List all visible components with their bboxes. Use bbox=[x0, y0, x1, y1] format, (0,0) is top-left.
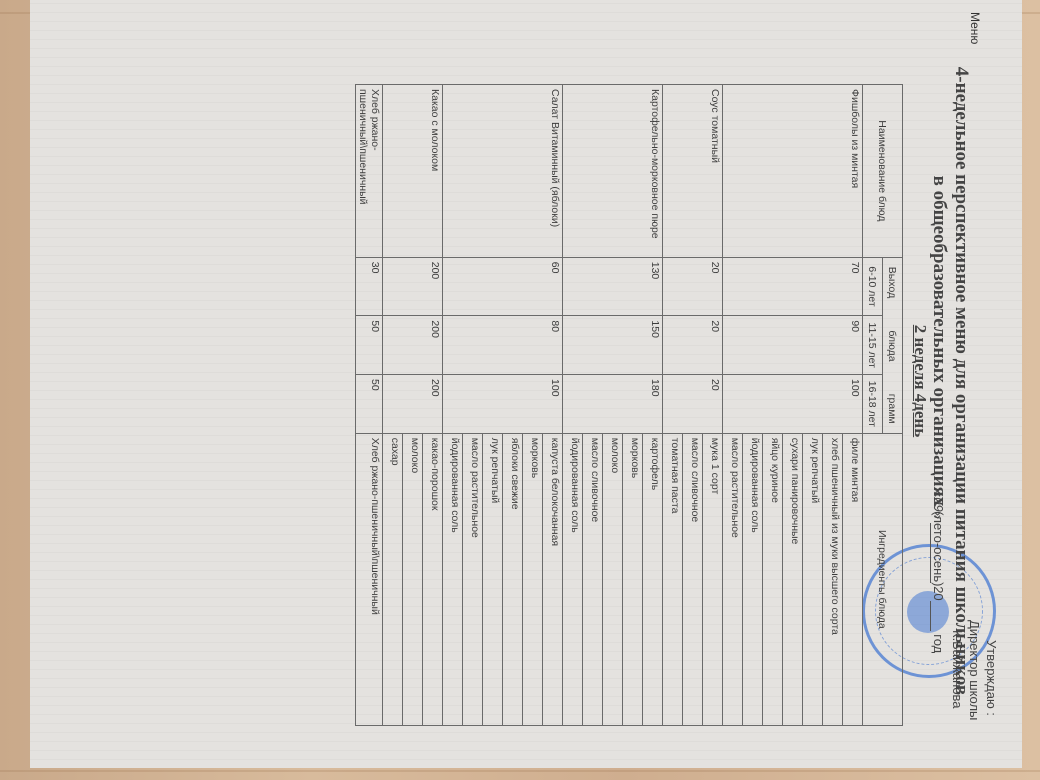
ingredient: масло растительное bbox=[723, 433, 743, 725]
ingredient: яйцо куриное bbox=[763, 433, 783, 725]
ingredient: морковь bbox=[523, 433, 543, 725]
dish-name: Соус томатный bbox=[663, 85, 723, 258]
menu-table: Наименование блюд Выход блюда грамм Ингр… bbox=[355, 84, 903, 726]
output-6-10: 60 bbox=[443, 257, 563, 316]
table-row: Фишболы из минтая7090100филе минтая bbox=[843, 85, 863, 726]
output-11-15: 20 bbox=[663, 316, 723, 375]
ingredient: филе минтая bbox=[843, 433, 863, 725]
ingredient: хлеб пшеничный из муки высшего сорта bbox=[823, 433, 843, 725]
ingredient: масло сливочное bbox=[583, 433, 603, 725]
ingredient: мука 1 сорт bbox=[703, 433, 723, 725]
output-6-10: 200 bbox=[383, 257, 443, 316]
ingredient: лук репчатый bbox=[483, 433, 503, 725]
output-6-10: 30 bbox=[356, 257, 383, 316]
table-row: Соус томатный202020мука 1 сорт bbox=[703, 85, 723, 726]
document-subtitle: в общеобразовательных организациях (лето… bbox=[928, 0, 950, 768]
header-output: Выход блюда грамм bbox=[883, 257, 903, 433]
header-dish: Наименование блюд bbox=[863, 85, 903, 258]
table-row: Какао с молоком200200200какао-порошок bbox=[423, 85, 443, 726]
season-note: (лето-осень) bbox=[931, 511, 946, 586]
ingredient: картофель bbox=[643, 433, 663, 725]
output-6-10: 20 bbox=[663, 257, 723, 316]
ingredient: масло сливочное bbox=[683, 433, 703, 725]
header-age-11-15: 11-15 лет bbox=[863, 316, 883, 375]
ingredient: молоко bbox=[603, 433, 623, 725]
output-11-15: 150 bbox=[563, 316, 663, 375]
approval-line-1: Утверждаю : bbox=[983, 490, 1000, 740]
output-16-18: 180 bbox=[563, 375, 663, 434]
week-day-label: 2 неделя 4день bbox=[910, 0, 930, 768]
header-age-16-18: 16-18 лет bbox=[863, 375, 883, 434]
table-row: Хлеб ржано-пшеничный\пшеничный305050Хлеб… bbox=[356, 85, 383, 726]
ingredient: Хлеб ржано-пшеничный\пшеничный bbox=[356, 433, 383, 725]
output-11-15: 80 bbox=[443, 316, 563, 375]
table-row: Салат Витаминный (яблоки)6080100капуста … bbox=[543, 85, 563, 726]
dish-name: Картофельно-морковное пюре bbox=[563, 85, 663, 258]
output-11-15: 50 bbox=[356, 316, 383, 375]
ingredient: йодированная соль bbox=[443, 433, 463, 725]
document-page: Меню Утверждаю : Директор школы К.Байжан… bbox=[30, 0, 1022, 768]
ingredient: сухари панировочные bbox=[783, 433, 803, 725]
output-16-18: 20 bbox=[663, 375, 723, 434]
ingredient: йодированная соль bbox=[563, 433, 583, 725]
output-6-10: 130 bbox=[563, 257, 663, 316]
ingredient: сахар bbox=[383, 433, 403, 725]
dish-name: Салат Витаминный (яблоки) bbox=[443, 85, 563, 258]
ingredient: яблоки свежие bbox=[503, 433, 523, 725]
output-11-15: 200 bbox=[383, 316, 443, 375]
ingredient: масло растительное bbox=[463, 433, 483, 725]
ingredient: йодированная соль bbox=[743, 433, 763, 725]
ingredient: морковь bbox=[623, 433, 643, 725]
output-11-15: 90 bbox=[723, 316, 863, 375]
output-6-10: 70 bbox=[723, 257, 863, 316]
ingredient: молоко bbox=[403, 433, 423, 725]
header-age-6-10: 6-10 лет bbox=[863, 257, 883, 316]
output-16-18: 50 bbox=[356, 375, 383, 434]
dish-name: Фишболы из минтая bbox=[723, 85, 863, 258]
output-16-18: 200 bbox=[383, 375, 443, 434]
ingredient: томатная паста bbox=[663, 433, 683, 725]
table-row: Картофельно-морковное пюре130150180карто… bbox=[643, 85, 663, 726]
ingredient: какао-порошок bbox=[423, 433, 443, 725]
output-16-18: 100 bbox=[443, 375, 563, 434]
ingredient: лук репчатый bbox=[803, 433, 823, 725]
header-ingredients: Ингредиенты блюда bbox=[863, 433, 903, 725]
dish-name: Какао с молоком bbox=[383, 85, 443, 258]
dish-name: Хлеб ржано-пшеничный\пшеничный bbox=[356, 85, 383, 258]
ingredient: капуста белокочанная bbox=[543, 433, 563, 725]
output-16-18: 100 bbox=[723, 375, 863, 434]
document-title: 4-недельное перспективное меню для орган… bbox=[950, 0, 972, 768]
